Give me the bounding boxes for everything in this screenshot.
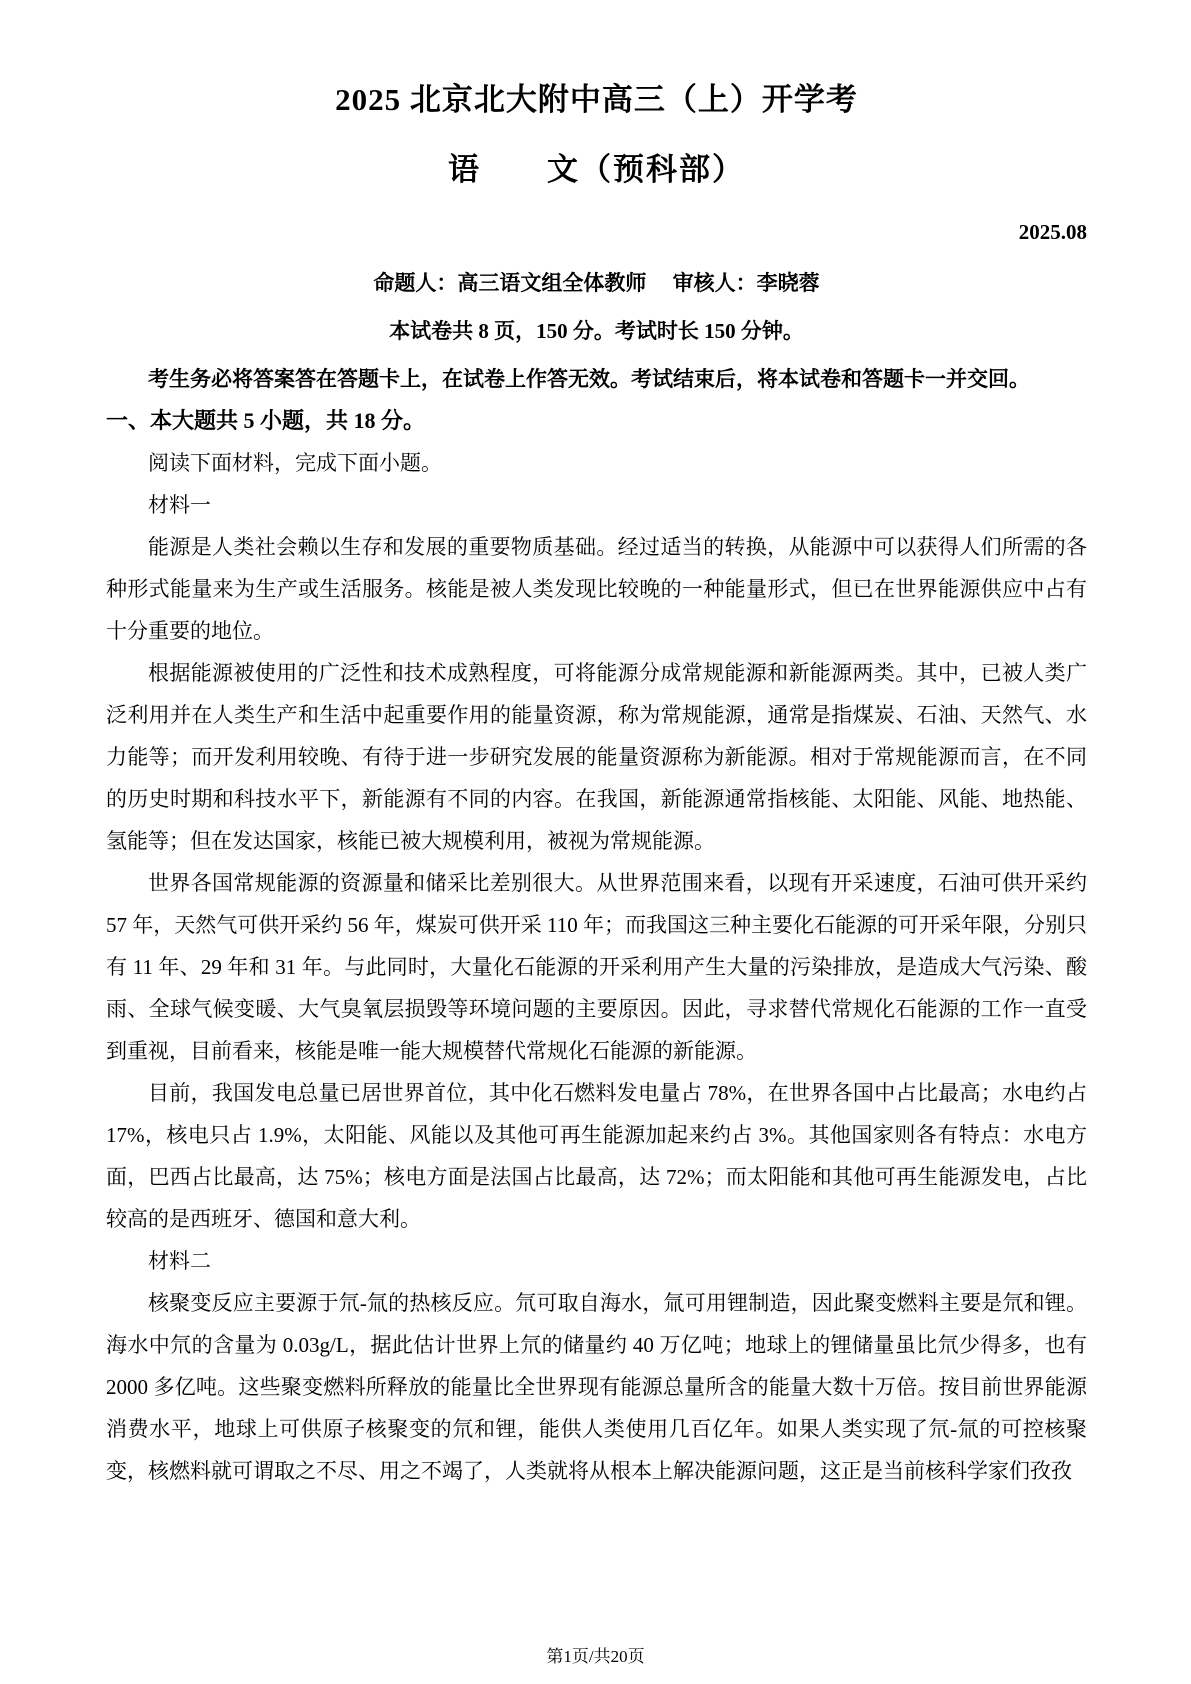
document-page: 2025 北京北大附中高三（上）开学考 语 文（预科部） 2025.08 命题人… — [0, 0, 1191, 1684]
material-two-paragraph-1: 核聚变反应主要源于氘-氚的热核反应。氘可取自海水，氚可用锂制造，因此聚变燃料主要… — [106, 1282, 1087, 1492]
material-one-paragraph-2: 根据能源被使用的广泛性和技术成熟程度，可将能源分成常规能源和新能源两类。其中，已… — [106, 652, 1087, 862]
material-one-paragraph-3: 世界各国常规能源的资源量和储采比差别很大。从世界范围来看，以现有开采速度，石油可… — [106, 862, 1087, 1072]
exam-subject-line: 语 文（预科部） — [106, 148, 1087, 192]
material-one-label: 材料一 — [106, 484, 1087, 526]
material-one-paragraph-4: 目前，我国发电总量已居世界首位，其中化石燃料发电量占 78%，在世界各国中占比最… — [106, 1072, 1087, 1240]
page-number-footer: 第1页/共20页 — [0, 1646, 1191, 1668]
reading-instruction: 阅读下面材料，完成下面小题。 — [106, 442, 1087, 484]
candidate-notice: 考生务必将答案答在答题卡上，在试卷上作答无效。考试结束后，将本试卷和答题卡一并交… — [106, 358, 1087, 400]
section-one-heading: 一、本大题共 5 小题，共 18 分。 — [106, 400, 1087, 442]
document-content: 2025 北京北大附中高三（上）开学考 语 文（预科部） 2025.08 命题人… — [0, 0, 1191, 1492]
exam-title: 2025 北京北大附中高三（上）开学考 — [106, 78, 1087, 122]
exam-date: 2025.08 — [106, 218, 1087, 246]
examiners-line: 命题人：高三语文组全体教师 审核人：李晓蓉 — [106, 266, 1087, 300]
paper-info-line: 本试卷共 8 页，150 分。考试时长 150 分钟。 — [106, 310, 1087, 352]
material-two-label: 材料二 — [106, 1240, 1087, 1282]
material-one-paragraph-1: 能源是人类社会赖以生存和发展的重要物质基础。经过适当的转换，从能源中可以获得人们… — [106, 526, 1087, 652]
